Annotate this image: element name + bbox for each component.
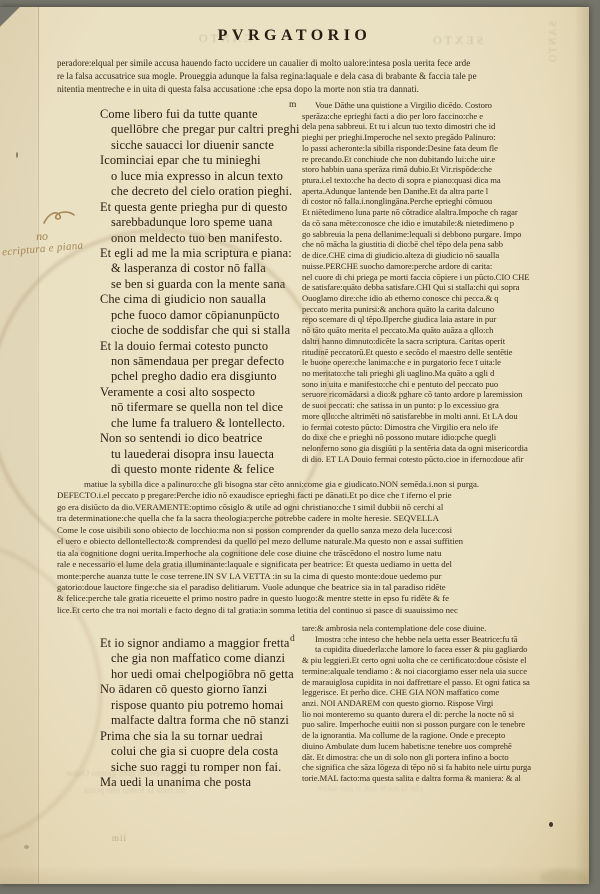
commentary-line: sperāza:che eprieghi facti a dio per lor… — [302, 111, 574, 122]
commentary-line: di dio. ET LA Douio fermai cotesto pūcto… — [302, 454, 574, 465]
commentary-line: aperta.Adunque lantende ben Danthe.Et da… — [302, 186, 574, 197]
commentary-line: leggerisce. Et perho dice. CHE GIA NON m… — [302, 687, 574, 698]
commentary-line: da cō sana mēte:conosce che idio e imuta… — [302, 218, 574, 229]
verse-line: Che cima di giudicio non saualla — [100, 292, 305, 307]
commentary-line: peccato merita punirsi:& anchora quāto l… — [302, 304, 574, 315]
verse-line: pchel pregho dadio era disgiunto — [100, 369, 305, 384]
commentary-line: nel cuore di chi priega pe morti faccia … — [302, 272, 574, 283]
commentary-line: che significa che sāza lōgeza di tēpo nō… — [302, 762, 574, 773]
commentary-line: de suoi peccati: che satissa in un punto… — [302, 400, 574, 411]
scanned-book-photo: CANTO SEXTO SANTO te lo ecchero di quel … — [0, 0, 600, 894]
commentary-line: lio noi monteremo su quanto durera el di… — [302, 709, 574, 720]
commentary-line: go sabbreuia la pena dellanime:lequali s… — [302, 229, 574, 240]
catchword: mii — [112, 833, 127, 843]
commentary-line: rale e necessario el lume dela gratia il… — [57, 559, 573, 570]
commentary-line: monte:perche auanza tutte le cose terren… — [57, 571, 573, 582]
verse-line: colui che gia si cuopre dela costa — [100, 744, 305, 759]
verse-line: di questo monte ridente & felice — [100, 462, 305, 477]
verse-line: sicche sauacci lor diuenir sancte — [100, 138, 305, 153]
verse-line: che decreto del cielo oration pieghi. — [100, 184, 305, 199]
page-corner-shadow — [0, 7, 20, 27]
intro-paragraph: peradore:elqual per simile accusa hauend… — [57, 57, 573, 97]
lemma-initial-m: m — [289, 100, 296, 110]
verse-line: & lasperanza di costor nō falla — [100, 261, 305, 276]
commentary-line: di costor nō falla.i.nonglingāna.Perche … — [302, 196, 574, 207]
verse-line: malfacte daltra forma che nō stanzi — [100, 713, 305, 728]
verse-line: siche suo raggi tu romper non fai. — [100, 760, 305, 775]
commentary-line: nelonferno sono gia disgiūti p la sentēr… — [302, 443, 574, 454]
commentary-line: diuino Ambulate dum lucem habetis:ne ten… — [302, 741, 574, 752]
commentary-line: gatorio:doue lauctore finge:che sia el p… — [57, 582, 573, 593]
verse-line: Non so sentendi io dico beatrice — [100, 431, 305, 446]
commentary-line: pieghi per prieghi.Imperoche nel sexto p… — [302, 132, 574, 143]
commentary-line: ptura.i.el texto:che ha decto di sopra e… — [302, 175, 574, 186]
commentary-line: DEFECTO.i.el peccato p pregare:Perche id… — [57, 490, 573, 501]
paper-stain — [540, 869, 586, 884]
commentary-line: de la ignorantia. Ma collume de la ragio… — [302, 730, 574, 741]
commentary-line: lo passi acheronte:la sibilla risponde:D… — [302, 143, 574, 154]
marginalia-flourish-icon — [42, 207, 76, 229]
commentary-line: de marauiglosa cupidita in noi daffretta… — [302, 677, 574, 688]
commentary-line: torie.MAL facto:ma questa salita e daltr… — [302, 773, 574, 784]
verse-line: non sāmendaua per pregar defecto — [100, 354, 305, 369]
commentary-line: storo habbin uana sperāza rimā dubio.Et … — [302, 164, 574, 175]
commentary-line: nō tāto quāto merita el peccato.Ma quāto… — [302, 325, 574, 336]
commentary-line: de dice.CHE cima di giudicio.alteza di g… — [302, 250, 574, 261]
verse-line: Ma uedi la unanima che posta — [100, 775, 305, 790]
intro-line: nitentia mentreche e in uita di questa f… — [57, 83, 573, 96]
commentary-line: dāt. Et dimostra: che un di solo non gli… — [302, 752, 574, 763]
ink-speck — [16, 152, 18, 158]
commentary-line: de satisfare:quāto debba satisfare.CHI Q… — [302, 282, 574, 293]
commentary-line: tia ala cognitione dogni uerita.Imperhoc… — [57, 548, 573, 559]
commentary-line: ritudinē peccatorū.Et questo e secōdo el… — [302, 347, 574, 358]
intro-line: peradore:elqual per simile accusa hauend… — [57, 57, 573, 70]
commentary-line: Imostra :che inteso che hebbe nela uetta… — [302, 634, 574, 645]
commentary-line: le buone opere:che lanima:che e in purga… — [302, 357, 574, 368]
verse-line: se ben si guarda con la mente sana — [100, 277, 305, 292]
poem-column-top: Come libero fui da tutte quantequellōbre… — [100, 107, 305, 478]
verse-line: pche fuoco damor cōpianunpūcto — [100, 308, 305, 323]
verse-line: onon meldecto tuo ben manifesto. — [100, 231, 305, 246]
commentary-line: puo salire. Imperhoche euitii non si pos… — [302, 719, 574, 730]
verse-line: rispose quanto piu potremo homai — [100, 698, 305, 713]
full-width-commentary: matiue la sybilla dice a palinuro:che gl… — [57, 479, 573, 616]
commentary-line: more qllo:che altrimēti nō satisfarebbe … — [302, 411, 574, 422]
lemma-initial-d: d — [290, 634, 295, 644]
commentary-line: sono in uita e manifesto:che chi e pentu… — [302, 379, 574, 390]
ink-speck — [549, 822, 553, 827]
commentary-line: nuisse.PERCHE suocho damore:perche ardor… — [302, 261, 574, 272]
verse-line: o luce mia expresso in alcun texto — [100, 169, 305, 184]
verse-line: che lume fa traluero & lontellecto. — [100, 416, 305, 431]
commentary-line: termine:alquale tendiamo : & noi ciacorg… — [302, 666, 574, 677]
verse-line: Et egli ad me la mia scriptura e piana: — [100, 246, 305, 261]
commentary-line: che nō mācha la giustitia di dio:bē chel… — [302, 239, 574, 250]
commentary-line: tra determinatione:che quella che fa la … — [57, 513, 573, 524]
verse-line: Et questa gente priegha pur di questo — [100, 200, 305, 215]
verse-line: che gia non maffatico come dianzi — [100, 651, 305, 666]
intro-line: re la falsa accusatrice sua mogle. Proue… — [57, 70, 573, 83]
verse-line: Veramente a cosi alto sospecto — [100, 385, 305, 400]
ink-speck — [24, 845, 29, 849]
page-fold-line — [38, 7, 39, 884]
verse-line: cioche de soddisfar che qui si stalla — [100, 323, 305, 338]
poem-column-bottom: Et io signor andiamo a maggior frettache… — [100, 636, 305, 790]
verse-line: Come libero fui da tutte quante — [100, 107, 305, 122]
commentary-line: no meritato:che tali prieghi gli uaglino… — [302, 368, 574, 379]
commentary-line: lice.Et certo che tra noi mortali e fact… — [57, 605, 573, 616]
verse-line: nō tifermare se quella non tel dice — [100, 400, 305, 415]
running-title: PVRGATORIO — [0, 27, 589, 45]
verse-line: quellōbre che pregar pur caltri preghi — [100, 122, 305, 137]
commentary-line: tare:& ambrosia nela contemplatione dele… — [302, 623, 574, 634]
verse-line: Et io signor andiamo a maggior fretta — [100, 636, 305, 651]
commentary-line: go era disiūcto da dio.VERAMENTE:optimo … — [57, 502, 573, 513]
commentary-line: seruore ricomādarsi a dio:& pghare cō ta… — [302, 389, 574, 400]
verse-line: Et la douio fermai cotesto puncto — [100, 339, 305, 354]
commentary-line: daltri hanno dimnuto:dicēte la sacra scr… — [302, 336, 574, 347]
commentary-line: & piu leggieri.Et certo ogni uolta che c… — [302, 655, 574, 666]
verse-line: sarebbadunque loro speme uana — [100, 215, 305, 230]
commentary-line: & felice:perche tale gratia riceuette el… — [57, 593, 573, 604]
commentary-line: repo scemare di ql tēpo.Ilperche giudica… — [302, 314, 574, 325]
commentary-line: Come le cose uisibili sono obiecto de lo… — [57, 525, 573, 536]
commentary-line: el uero e obiecto dellontellecto:& compr… — [57, 536, 573, 547]
marginalia-note: ecriptura e piana — [2, 239, 84, 258]
verse-line: No ādaren cō questo giorno īanzi — [100, 682, 305, 697]
showthrough-bottom-line: che la nocte non si puo salire — [318, 783, 422, 793]
commentary-line: io fermai cotesto pūcto: Dimostra che Vi… — [302, 422, 574, 433]
commentary-line: matiue la sybilla dice a palinuro:che gl… — [57, 479, 573, 490]
verse-line: hor uedi omai chelpogiōbra nō getta — [100, 667, 305, 682]
commentary-line: Et niētedimeno luna parte nō cōtradice a… — [302, 207, 574, 218]
commentary-line: anzi. NOI ANDAREM con questo giorno. Ris… — [302, 698, 574, 709]
commentary-line: Ouoglamo dire:che idio ab etherno conosc… — [302, 293, 574, 304]
commentary-column-top: Voue Dāthe una quistione a Virgilio dicē… — [302, 100, 574, 464]
commentary-line: Voue Dāthe una quistione a Virgilio dicē… — [302, 100, 574, 111]
book-page: CANTO SEXTO SANTO te lo ecchero di quel … — [0, 7, 589, 884]
commentary-line: do dixe che e prieghi nō possono mutare … — [302, 432, 574, 443]
verse-line: Prima che sia la su tornar uedrai — [100, 729, 305, 744]
commentary-line: re precando.Et conchiude che non dubitan… — [302, 154, 574, 165]
verse-line: tu lauederai disopra insu lauecta — [100, 447, 305, 462]
commentary-column-bottom: tare:& ambrosia nela contemplatione dele… — [302, 623, 574, 784]
commentary-line: ta cupidita diuederla:che lamore lo face… — [302, 644, 574, 655]
commentary-line: dela pena sabbreui. Et tu i alcun tuo te… — [302, 121, 574, 132]
verse-line: Icominciai epar che tu minieghi — [100, 153, 305, 168]
